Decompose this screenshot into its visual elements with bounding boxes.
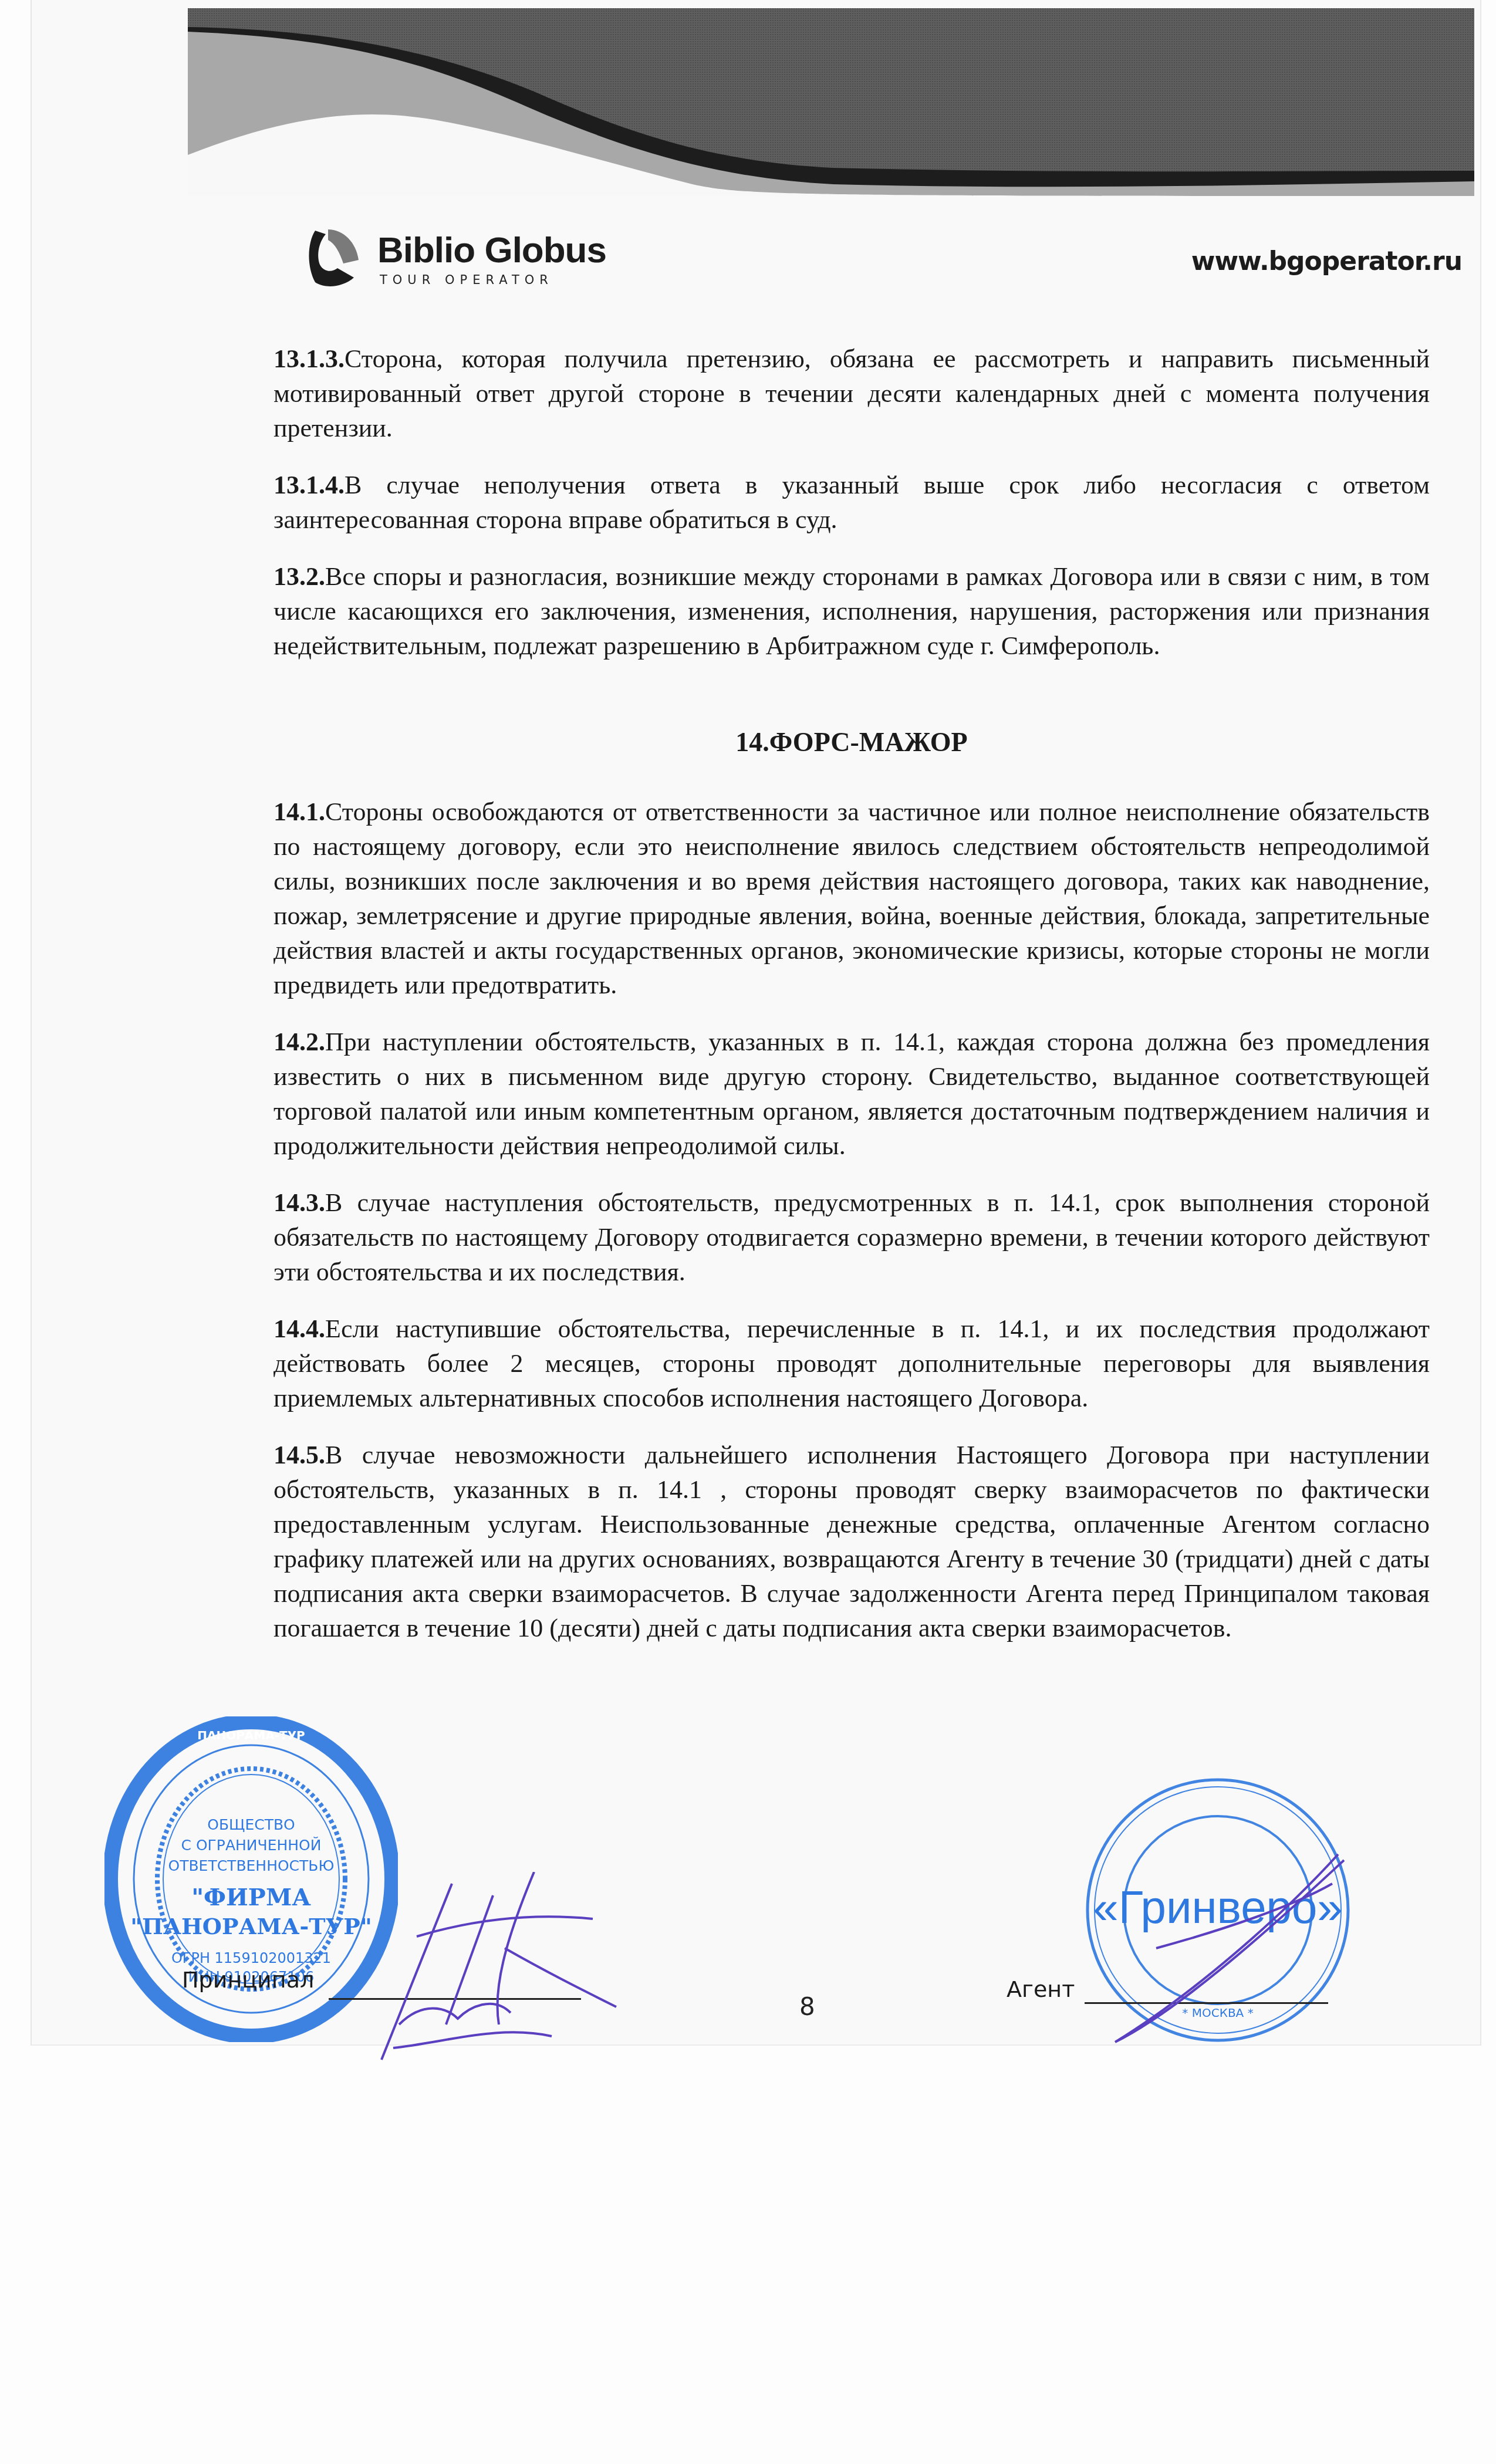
section-title: 14.ФОРС-МАЖОР	[273, 725, 1430, 759]
clause-14-3: 14.3.В случае наступления обстоятельств,…	[273, 1185, 1430, 1289]
clause-14-1: 14.1.Стороны освобождаются от ответствен…	[273, 795, 1430, 1002]
clause-text: Сторона, которая получила претензию, обя…	[273, 344, 1430, 442]
clause-text: Стороны освобождаются от ответственности…	[273, 797, 1430, 999]
clause-number: 14.1.	[273, 797, 325, 826]
clause-number: 14.3.	[273, 1188, 325, 1217]
stamp-ring-outer: ПАНОРАМА-ТУР	[104, 1728, 398, 1742]
stamp-company-1: "ФИРМА	[104, 1884, 398, 1911]
clause-14-2: 14.2.При наступлении обстоятельств, указ…	[273, 1025, 1430, 1163]
clause-13-1-4: 13.1.4.В случае неполучения ответа в ука…	[273, 468, 1430, 537]
principal-stamp: ОБЩЕСТВО С ОГРАНИЧЕННОЙ ОТВЕТСТВЕННОСТЬЮ…	[104, 1716, 398, 2042]
agent-signature	[1103, 1848, 1350, 2048]
logo-name: Biblio Globus	[377, 229, 606, 271]
clause-14-5: 14.5.В случае невозможности дальнейшего …	[273, 1438, 1430, 1645]
stamp-company-2: "ПАНОРАМА-ТУР"	[104, 1913, 398, 1939]
clause-number: 13.2.	[273, 562, 325, 591]
website-link[interactable]: www.bgoperator.ru	[1191, 246, 1462, 276]
stamp-line-2: С ОГРАНИЧЕННОЙ	[104, 1837, 398, 1854]
document-body: 13.1.3.Сторона, которая получила претенз…	[273, 342, 1430, 1668]
clause-14-4: 14.4.Если наступившие обстоятельства, пе…	[273, 1312, 1430, 1415]
clause-number: 13.1.3.	[273, 344, 345, 373]
clause-13-1-3: 13.1.3.Сторона, которая получила претенз…	[273, 342, 1430, 445]
header-banner	[188, 8, 1474, 196]
clause-number: 14.4.	[273, 1314, 325, 1343]
clause-text: В случае невозможности дальнейшего испол…	[273, 1441, 1430, 1642]
biblio-globus-logo: Biblio Globus TOUR OPERATOR	[302, 226, 637, 290]
agent-label: Агент	[1007, 1976, 1075, 2002]
principal-signature	[358, 1872, 628, 2071]
principal-label: Принципал	[182, 1967, 314, 1993]
clause-text: Все споры и разногласия, возникшие между…	[273, 562, 1430, 660]
clause-text: При наступлении обстоятельств, указанных…	[273, 1027, 1430, 1160]
clause-text: Если наступившие обстоятельства, перечис…	[273, 1314, 1430, 1412]
logo-subtitle: TOUR OPERATOR	[380, 273, 553, 287]
stamp-line-1: ОБЩЕСТВО	[104, 1816, 398, 1833]
logo-mark-icon	[302, 226, 367, 290]
page-number: 8	[799, 1992, 815, 2021]
clause-number: 14.2.	[273, 1027, 325, 1056]
clause-number: 13.1.4.	[273, 471, 345, 499]
clause-text: В случае наступления обстоятельств, пред…	[273, 1188, 1430, 1286]
stamp-ogrn: ОГРН 1159102001321	[104, 1950, 398, 1966]
clause-text: В случае неполучения ответа в указанный …	[273, 471, 1430, 534]
stamp-line-3: ОТВЕТСТВЕННОСТЬЮ	[104, 1857, 398, 1874]
clause-number: 14.5.	[273, 1441, 325, 1469]
clause-13-2: 13.2.Все споры и разногласия, возникшие …	[273, 559, 1430, 663]
